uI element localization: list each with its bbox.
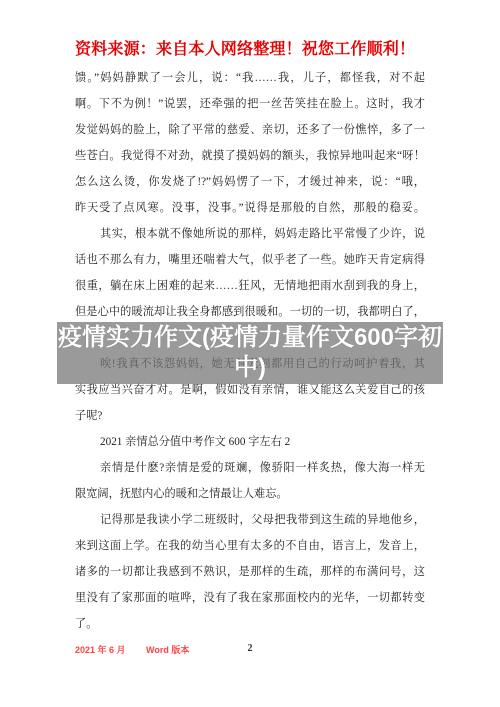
overlay-title-line2: 中) <box>234 353 266 383</box>
body-line: 昨天受了点风寒。没事，没事。”说得是那般的自然，那般的稳妥。 <box>75 195 425 221</box>
footer-date: 2021 年 6 月 <box>75 645 126 655</box>
page-footer: 2021 年 6 月 Word 版本 2 <box>75 643 425 657</box>
body-line: 亲情是什麽?亲情是爱的斑斓，像骄阳一样炙热，像大海一样无 <box>75 455 425 481</box>
title-overlay-banner: 疫情实力作文(疫情力量作文600字初 中) <box>57 322 443 384</box>
body-line: 记得那是我读小学二班级时，父母把我带到这生疏的异地他乡， <box>75 507 425 533</box>
body-line: 里没有了家那面的喧哗，没有了我在家那面校内的光华，一切都转变 <box>75 585 425 611</box>
source-note-banner: 资料来源：来自本人网络整理！祝您工作顺利！ <box>75 36 435 59</box>
body-line: 发觉妈妈的脸上，除了平常的慈爱、亲切，还多了一份憔悴，多了一 <box>75 117 425 143</box>
body-line: 子呢? <box>75 403 425 429</box>
footer-version-label: Word 版本 <box>146 645 189 655</box>
body-line: 其实，根本就不像她所说的那样，妈妈走路比平常慢了少许，说 <box>75 221 425 247</box>
document-page: 资料来源：来自本人网络整理！祝您工作顺利！ 馈。”妈妈静默了一会儿，说：“我……… <box>0 0 500 707</box>
body-line: 限宽阔，抚慰内心的暖和之情最让人难忘。 <box>75 481 425 507</box>
body-line: 了。 <box>75 611 425 637</box>
body-line: 话也不那么有力，嘴里还喘着大气，似乎老了一些。她昨天肯定病得 <box>75 247 425 273</box>
body-line: 怎么这么烫，你发烧了!?”妈妈愣了一下，才缓过神来，说：“哦， <box>75 169 425 195</box>
body-line: 来到这面上学。在我的幼当心里有太多的不自由，语言上，发音上， <box>75 533 425 559</box>
body-line: 啊。下不为例！”说罢，还牵强的把一丝苦笑挂在脸上。这时，我才 <box>75 91 425 117</box>
body-line: 很重，躺在床上困难的起来……狂风，无情地把雨水刮到我的身上， <box>75 273 425 299</box>
body-line: 馈。”妈妈静默了一会儿，说：“我……我，儿子，都怪我，对不起 <box>75 65 425 91</box>
page-number: 2 <box>248 643 253 654</box>
body-line: 些苍白。我觉得不对劲，就摸了摸妈妈的额头，我惊异地叫起来“呀！ <box>75 143 425 169</box>
overlay-title-line1: 疫情实力作文(疫情力量作文600字初 <box>58 323 442 353</box>
body-line: 诸多的一切都让我感到不熟识，是那样的生疏，那样的布满问号，这 <box>75 559 425 585</box>
body-line: 2021 亲情总分值中考作文 600 字左右 2 <box>75 429 425 455</box>
